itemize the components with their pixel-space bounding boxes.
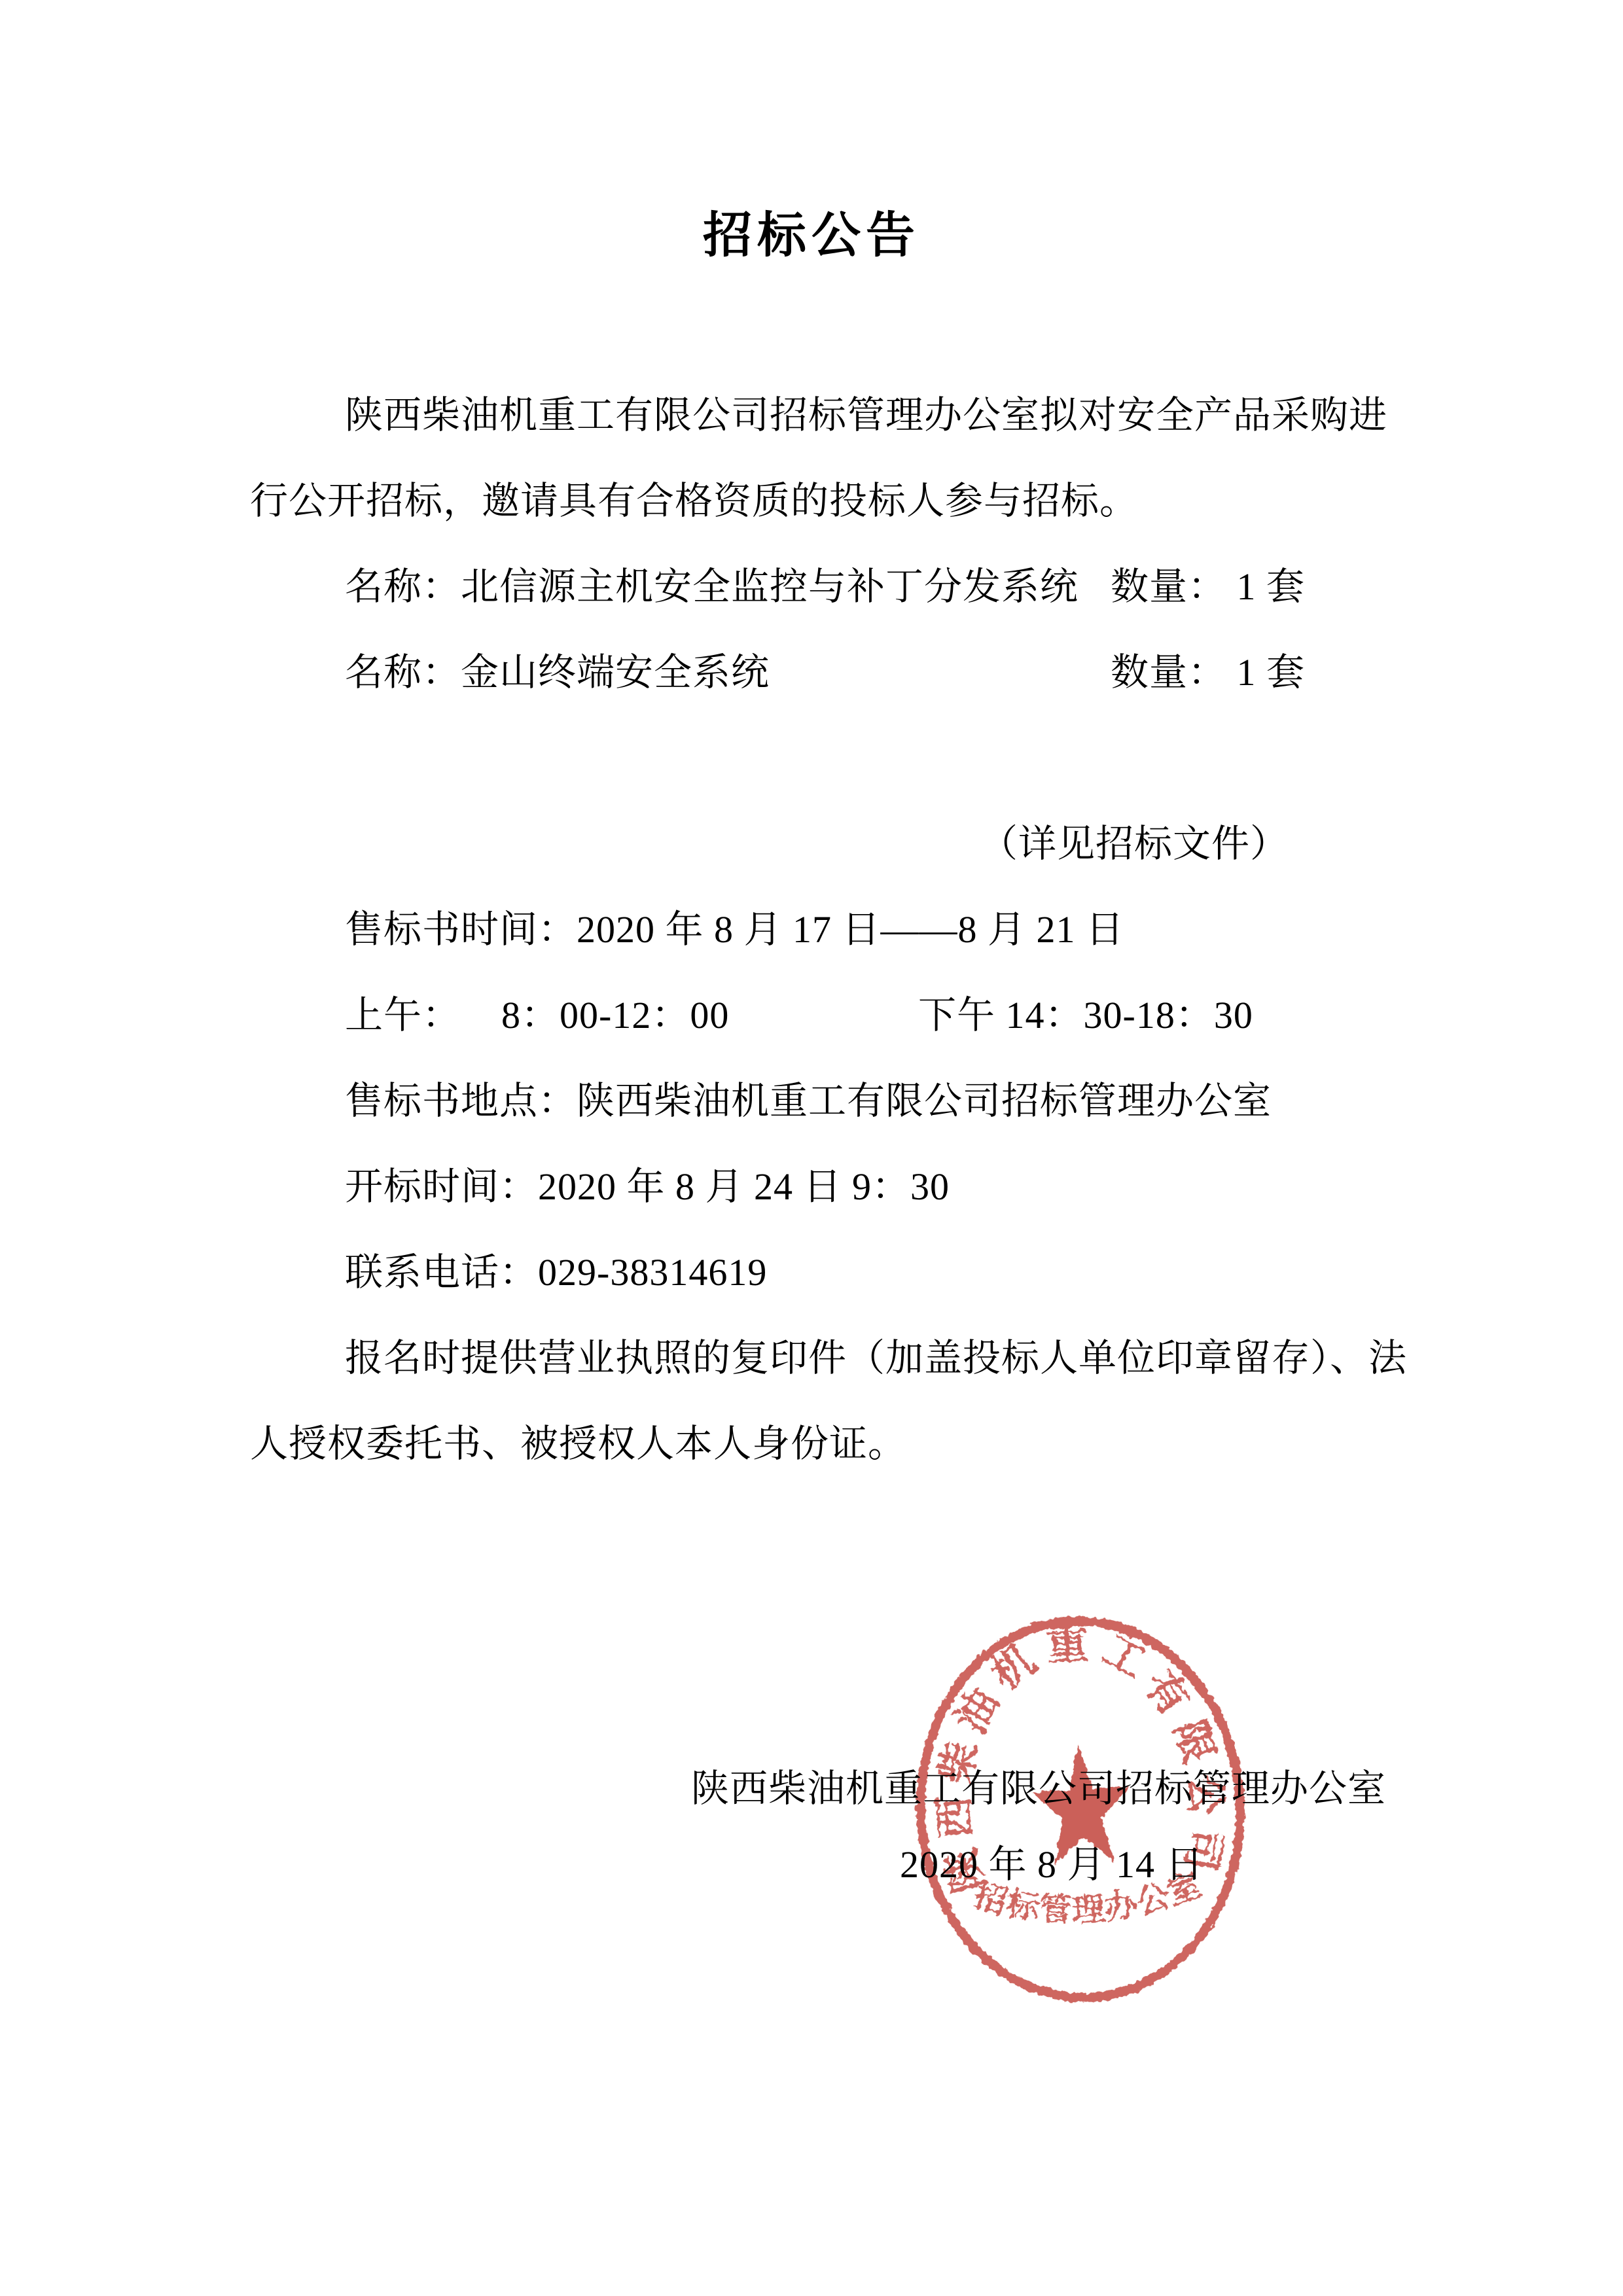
intro-line-2: 行公开招标，邀请具有合格资质的投标人参与招标。 (250, 458, 1402, 544)
sale-place-line: 售标书地点：陕西柴油机重工有限公司招标管理办公室 (250, 1058, 1402, 1144)
product-name-2: 名称：金山终端安全系统 (345, 651, 770, 694)
product-name-1: 名称：北信源主机安全监控与补丁分发系统 (345, 565, 1079, 608)
product-line-2: 名称：金山终端安全系统数量： 1 套 (250, 629, 1402, 715)
product-qty-2: 数量： 1 套 (1111, 629, 1305, 715)
document-body: 陕西柴油机重工有限公司招标管理办公室拟对安全产品采购进 行公开招标，邀请具有合格… (250, 372, 1402, 1487)
register-line-2: 人授权委托书、被授权人本人身份证。 (250, 1401, 1402, 1487)
page-title: 招标公告 (0, 207, 1623, 266)
signature-date: 2020 年 8 月 14 日 (900, 1822, 1204, 1907)
open-time-line: 开标时间：2020 年 8 月 24 日 9：30 (250, 1144, 1402, 1229)
detail-note: （详见招标文件） (250, 801, 1402, 887)
document-page: 招标公告 陕西柴油机重工有限公司招标管理办公室拟对安全产品采购进 行公开招标，邀… (0, 0, 1623, 2296)
hours-morning: 上午： 8：00-12：00 (345, 994, 729, 1036)
register-line-1: 报名时提供营业执照的复印件（加盖投标人单位印章留存）、法 (250, 1315, 1402, 1401)
signature-organization: 陕西柴油机重工有限公司招标管理办公室 (691, 1746, 1386, 1831)
product-qty-1: 数量： 1 套 (1111, 544, 1305, 629)
blank-line (250, 715, 1402, 801)
hours-afternoon: 下午 14：30-18：30 (918, 972, 1253, 1058)
intro-line-1: 陕西柴油机重工有限公司招标管理办公室拟对安全产品采购进 (250, 372, 1402, 458)
hours-line: 上午： 8：00-12：00下午 14：30-18：30 (250, 972, 1402, 1058)
sale-time-line: 售标书时间：2020 年 8 月 17 日——8 月 21 日 (250, 887, 1402, 972)
phone-line: 联系电话：029-38314619 (250, 1229, 1402, 1315)
product-line-1: 名称：北信源主机安全监控与补丁分发系统数量： 1 套 (250, 544, 1402, 629)
